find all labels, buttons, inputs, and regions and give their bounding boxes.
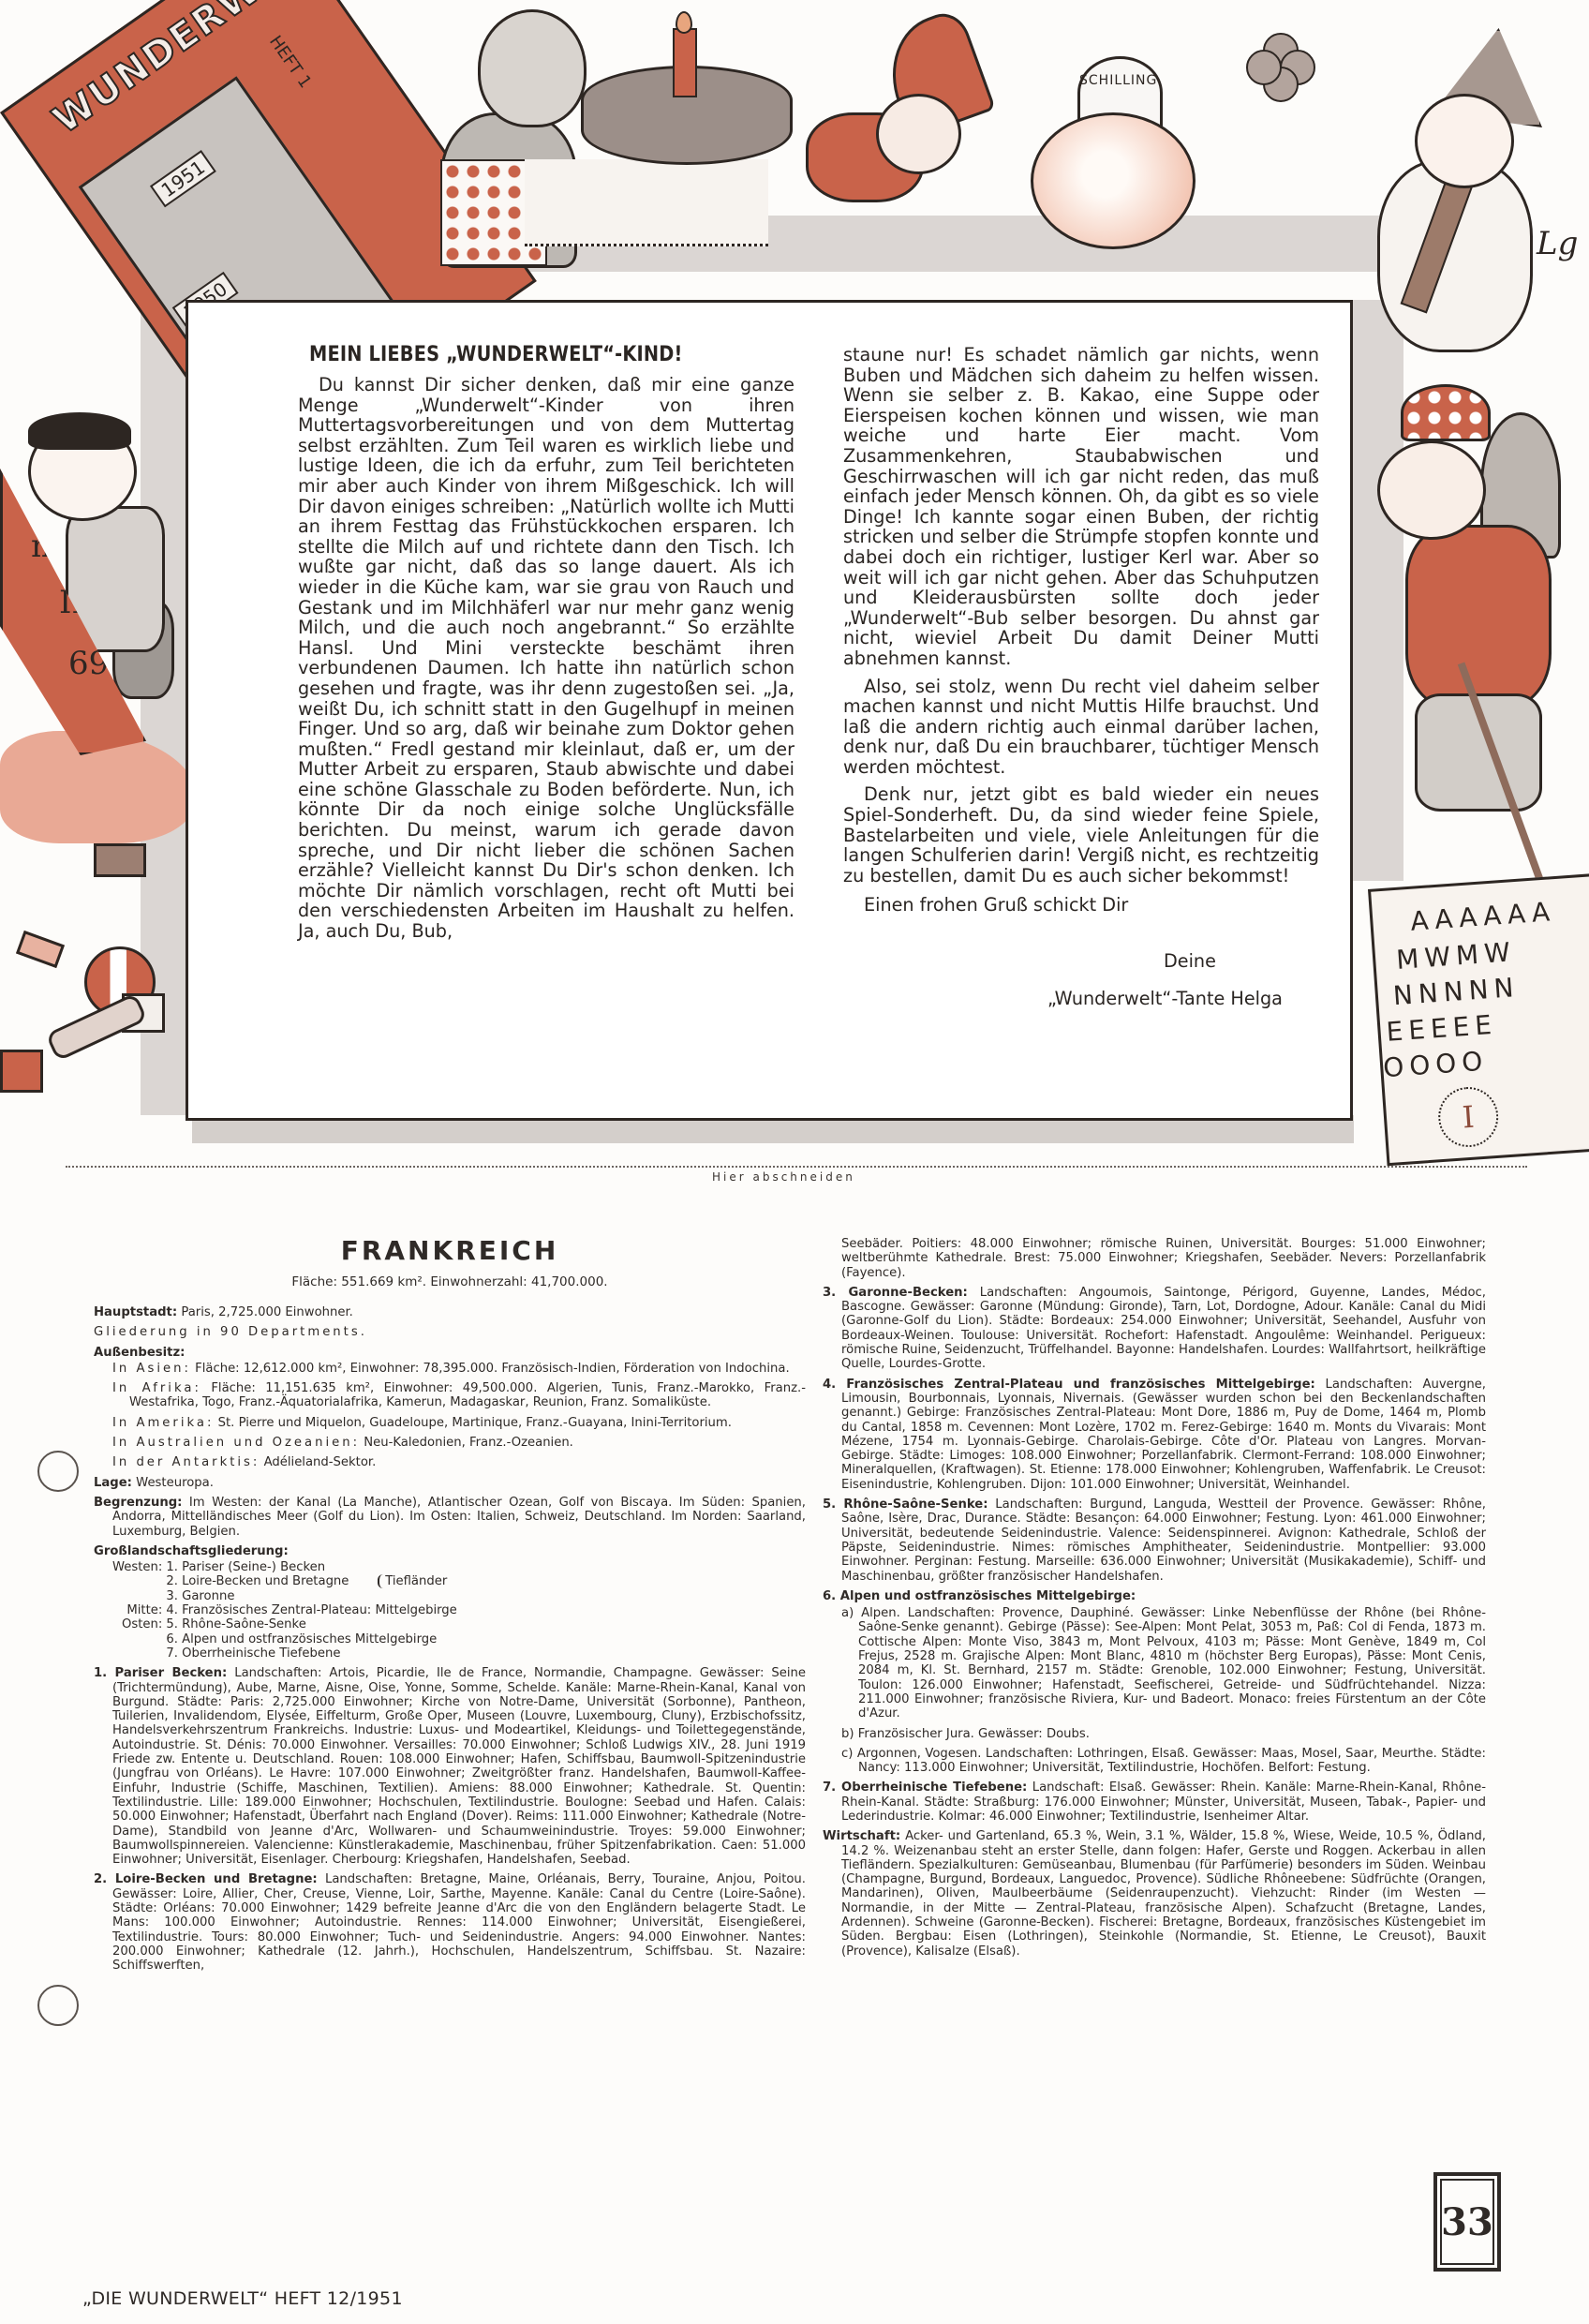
table-row: Osten:5. Rhône-Saône-Senke [112,1617,461,1631]
frankreich-column-left: Hauptstadt: Paris, 2,725.000 Einwohner. … [94,1305,806,1978]
cut-label: Hier abschneiden [712,1170,855,1184]
sheet-line: AAAAAA [1409,896,1556,937]
region-text: Neu-Kaledonien, Franz.-Ozeanien. [364,1436,573,1450]
table-row: Westen:1. Pariser (Seine-) BeckenTieflän… [112,1560,461,1574]
tablecloth [525,159,768,246]
sheet-line: NNNNN [1392,972,1521,1011]
letter-greeting: Einen frohen Gruß schickt Dir [843,895,1319,916]
region-text: Fläche: 11,151.635 km², Einwohner: 49,50… [129,1381,806,1409]
magazine-heft: HEFT 1 [265,32,315,92]
region-text: Landschaften: Bretagne, Maine, Orléanais… [112,1872,806,1973]
subregion-entry: a) Alpen. Landschaften: Provence, Dauphi… [823,1606,1486,1721]
punch-hole [37,1985,79,2026]
bear-head [478,9,587,127]
region-title: 5. Rhône-Saône-Senke: [823,1497,988,1512]
lage-text: Westeuropa. [136,1476,214,1490]
candle-icon [673,28,697,97]
aussenbesitz-item: In Afrika: Fläche: 11,151.635 km², Einwo… [94,1381,806,1410]
gliederung-text: Gliederung in 90 Departments. [94,1325,806,1339]
continuation-text: Seebäder. Poitiers: 48.000 Einwohner; rö… [823,1237,1486,1280]
region-title: 4. Französisches Zentral-Plateau und fra… [823,1378,1315,1392]
region-text: St. Pierre und Miquelon, Guadeloupe, Mar… [218,1416,732,1430]
aussenbesitz-item: In der Antarktis: Adélieland-Sektor. [94,1455,806,1469]
toy-chair [94,843,146,877]
page-number: 33 [1433,2172,1501,2272]
aussenbesitz-item: In Amerika: St. Pierre und Miquelon, Gua… [94,1416,806,1430]
four-leaf-clover-icon [1246,33,1312,98]
gnome-face-2 [1415,94,1514,188]
piggy-bank-icon [1031,112,1195,249]
footer-issue: „DIE WUNDERWELT“ HEFT 12/1951 [82,2288,403,2309]
skier-gnome-illustration [1405,525,1552,708]
letter-paragraph: staune nur! Es schadet nämlich gar nicht… [843,345,1319,669]
table-row: 6. Alpen und ostfranzösisches Mittelgebi… [112,1632,461,1646]
region-label: In der Antarktis: [112,1455,260,1469]
region-text: Fläche: 12,612.000 km², Einwohner: 78,39… [195,1362,790,1376]
region-title: 2. Loire-Becken und Bretagne: [94,1872,318,1886]
begrenzung-text: Im Westen: der Kanal (La Manche), Atlant… [112,1496,806,1539]
sheet-line: MWMW [1395,936,1517,976]
toy-block [0,1050,43,1093]
table-row: 7. Oberrheinische Tiefebene [112,1646,461,1661]
letter-paragraph: Du kannst Dir sicher denken, daß mir ein… [298,375,794,942]
table-row: Mitte:4. Französisches Zentral-Plateau: … [112,1603,461,1617]
region-text: Landschaften: Auvergne, Limousin, Bourbo… [841,1378,1486,1492]
section-subtitle: Fläche: 551.669 km². Einwohnerzahl: 41,7… [94,1274,806,1289]
alphabet-sheet: AAAAAA MWMW NNNNN EEEEE OOOO I [1368,873,1589,1166]
skier-face [1377,440,1486,540]
year-sign: 1951 [150,150,216,207]
region-title: 6. Alpen und ostfranzösisches Mittelgebi… [823,1589,1136,1603]
wirtschaft-entry: Wirtschaft: Acker- und Gartenland, 65.3 … [823,1829,1486,1959]
grosslandschaft-table: Westen:1. Pariser (Seine-) BeckenTieflän… [112,1560,461,1661]
hauptstadt-text: Paris, 2,725.000 Einwohner. [181,1305,353,1319]
letter-signature: „Wunderwelt“-Tante Helga [1047,988,1283,1009]
sheet-line: OOOO [1382,1045,1489,1083]
letter-heading: MEIN LIEBES „WUNDERWELT“-KIND! [309,343,683,366]
region-entry: 7. Oberrheinische Tiefebene: Landschaft:… [823,1780,1486,1824]
boy-hair [28,412,131,450]
region-entry: 5. Rhône-Saône-Senke: Landschaften: Burg… [823,1497,1486,1584]
toy-block [16,931,65,968]
region-label: In Amerika: [112,1416,214,1430]
region-entry: 1. Pariser Becken: Landschaften: Artois,… [94,1666,806,1867]
region-title: 1. Pariser Becken: [94,1666,227,1680]
frankreich-column-right: Seebäder. Poitiers: 48.000 Einwohner; rö… [823,1237,1486,1964]
aussenbesitz-item: In Asien: Fläche: 12,612.000 km², Einwoh… [94,1362,806,1376]
section-title: FRANKREICH [94,1235,806,1266]
letter-column-left: Du kannst Dir sicher denken, daß mir ein… [298,375,794,949]
letter-column-right: staune nur! Es schadet nämlich gar nicht… [843,345,1319,923]
tieflaender-brace: Tiefländer [378,1574,447,1588]
region-entry: 4. Französisches Zentral-Plateau und fra… [823,1378,1486,1492]
mushroom-icon [1401,384,1491,441]
cut-line [66,1166,1527,1168]
aussenbesitz-list: In Asien: Fläche: 12,612.000 km², Einwoh… [94,1362,806,1470]
region-title: 7. Oberrheinische Tiefebene: [823,1780,1027,1795]
region-label: In Australien und Ozeanien: [112,1436,360,1450]
region-text: Landschaften: Artois, Picardie, Ile de F… [112,1666,806,1867]
wirtschaft-text: Acker- und Gartenland, 65.3 %, Wein, 3.1… [841,1829,1486,1958]
flame-icon [676,11,692,34]
region-entry: 2. Loire-Becken und Bretagne: Landschaft… [94,1872,806,1973]
region-entry: 3. Garonne-Becken: Landschaften: Angoumo… [823,1286,1486,1372]
region-text: Adélieland-Sektor. [264,1455,377,1469]
region-title: 3. Garonne-Becken: [823,1286,968,1300]
region-label: In Afrika: [112,1381,201,1395]
letter-closing: Deine [1164,950,1216,972]
aussenbesitz-label: Außenbesitz: [94,1346,185,1360]
region-label: In Asien: [112,1362,191,1376]
grosslandschaft-label: Großlandschaftsgliederung: [94,1544,289,1558]
subregion-entry: b) Französischer Jura. Gewässer: Doubs. [823,1727,1486,1741]
sheet-badge: I [1436,1085,1500,1149]
sheet-line: EEEEE [1386,1009,1498,1048]
letter-paragraph: Also, sei stolz, wenn Du recht viel dahe… [843,677,1319,778]
aussenbesitz-item: In Australien und Ozeanien: Neu-Kaledoni… [94,1436,806,1450]
begrenzung-label: Begrenzung: [94,1496,182,1510]
hauptstadt-label: Hauptstadt: [94,1305,177,1319]
artist-signature: Lg [1537,225,1578,262]
letter-paragraph: Denk nur, jetzt gibt es bald wieder ein … [843,784,1319,886]
lage-label: Lage: [94,1476,132,1490]
coin-label: SCHILLING [1079,73,1154,88]
subregion-entry: c) Argonnen, Vogesen. Landschaften: Loth… [823,1747,1486,1776]
cone-symbol: m [31,528,61,565]
gnome-face [876,94,961,174]
panel-right-shadow [1347,300,1403,881]
wirtschaft-title: Wirtschaft: [823,1829,900,1843]
punch-hole [37,1451,79,1492]
